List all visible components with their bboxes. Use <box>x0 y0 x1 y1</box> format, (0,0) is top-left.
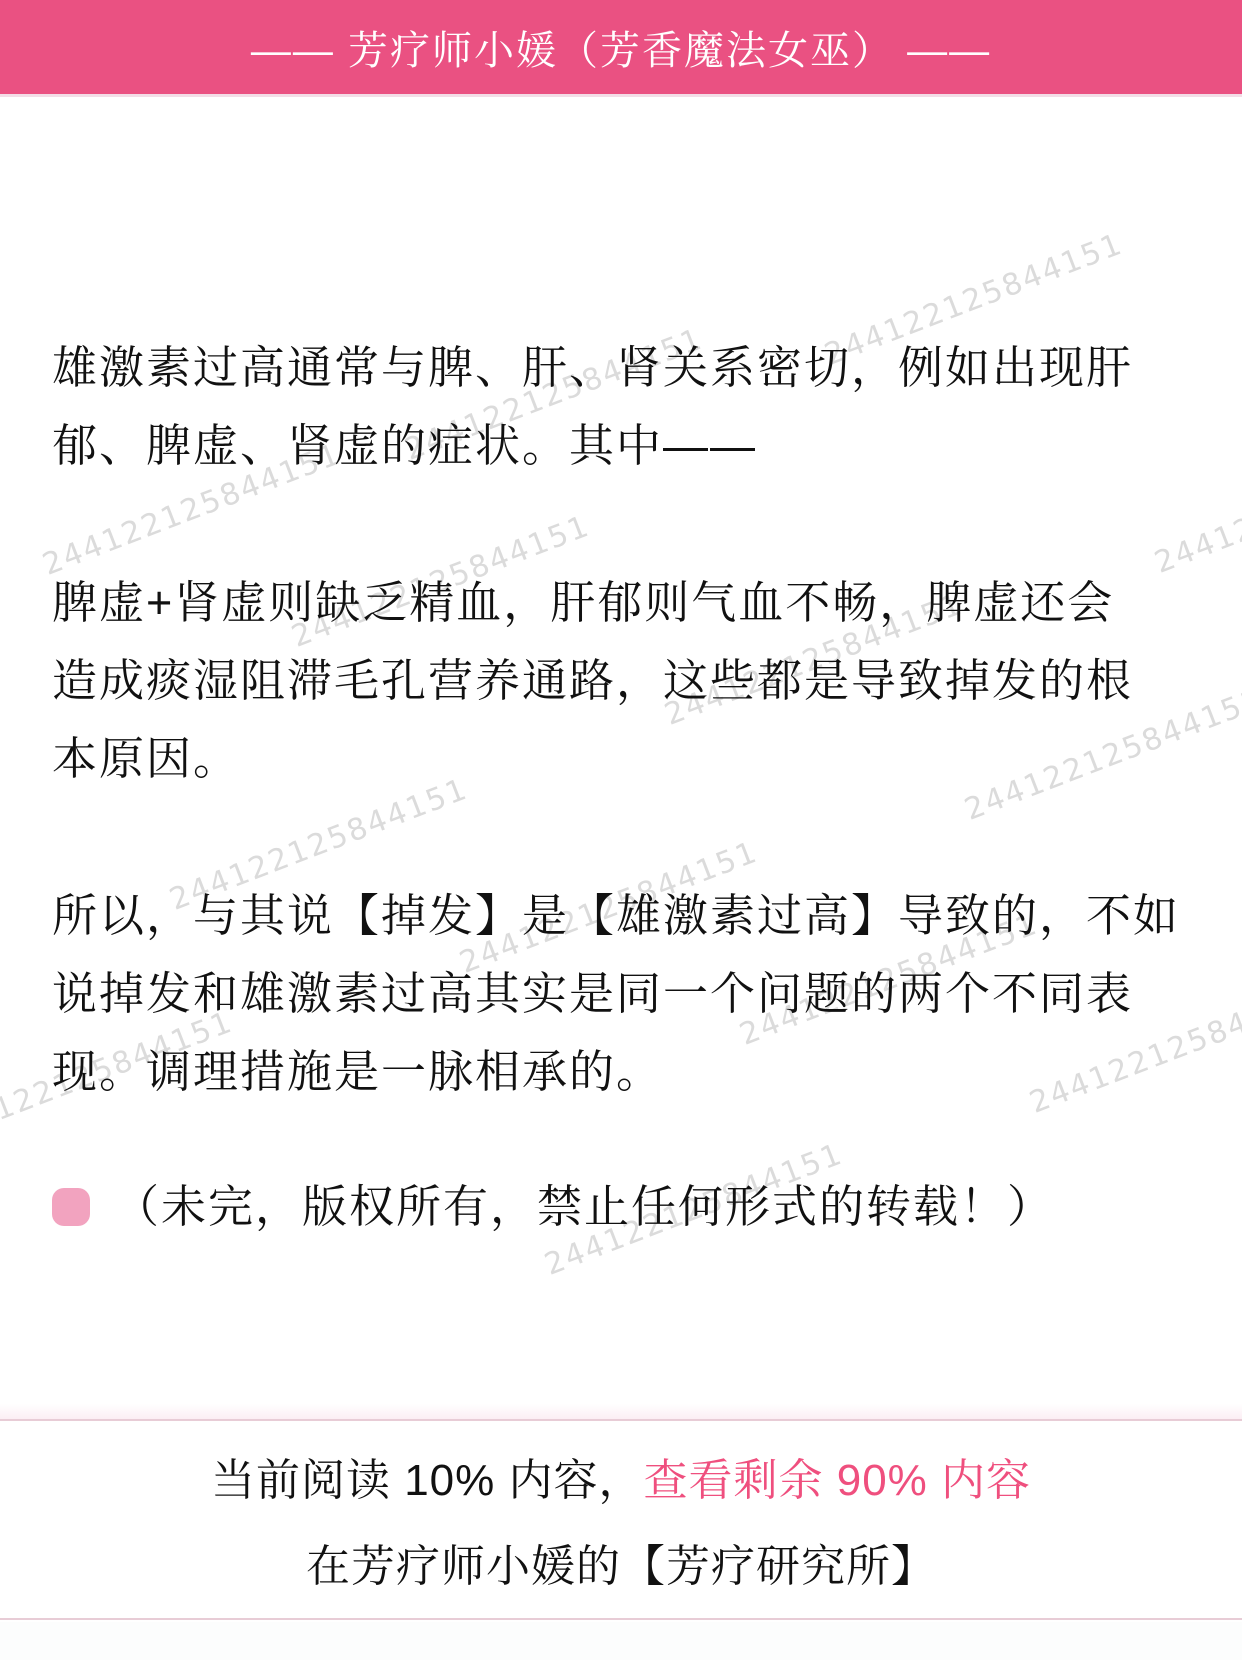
paragraph: 所以，与其说【掉发】是【雄激素过高】导致的，不如 说掉发和雄激素过高其实是同一个… <box>52 877 1190 1111</box>
article-page: 2441221258441512441221258441512441221258… <box>0 0 1242 1660</box>
pink-square-bullet-icon <box>52 1188 90 1226</box>
page-title: —— 芳疗师小媛（芳香魔法女巫） —— <box>251 19 991 76</box>
footer-top-fade <box>0 1404 1242 1419</box>
reading-progress-line: 当前阅读 10% 内容，查看剩余 90% 内容 <box>0 1451 1242 1511</box>
copyright-row: （未完，版权所有，禁止任何形式的转载！） <box>52 1168 1190 1246</box>
footer-location-text: 在芳疗师小媛的【芳疗研究所】 <box>0 1537 1242 1597</box>
view-remaining-content-link[interactable]: 查看剩余 90% 内容 <box>644 1456 1032 1505</box>
article-body: 雄激素过高通常与脾、肝、肾关系密切，例如出现肝 郁、脾虚、肾虚的症状。其中—— … <box>0 97 1242 1246</box>
copyright-note: （未完，版权所有，禁止任何形式的转载！） <box>114 1168 1054 1246</box>
reading-progress-text: 当前阅读 10% 内容， <box>211 1456 644 1505</box>
paragraph: 脾虚+肾虚则缺乏精血，肝郁则气血不畅，脾虚还会 造成痰湿阻滞毛孔营养通路，这些都… <box>52 564 1190 798</box>
footer-band: 当前阅读 10% 内容，查看剩余 90% 内容 在芳疗师小媛的【芳疗研究所】 <box>0 1419 1242 1620</box>
bottom-strip <box>0 1622 1242 1660</box>
header-banner: —— 芳疗师小媛（芳香魔法女巫） —— <box>0 0 1242 97</box>
paragraph: 雄激素过高通常与脾、肝、肾关系密切，例如出现肝 郁、脾虚、肾虚的症状。其中—— <box>52 329 1190 485</box>
